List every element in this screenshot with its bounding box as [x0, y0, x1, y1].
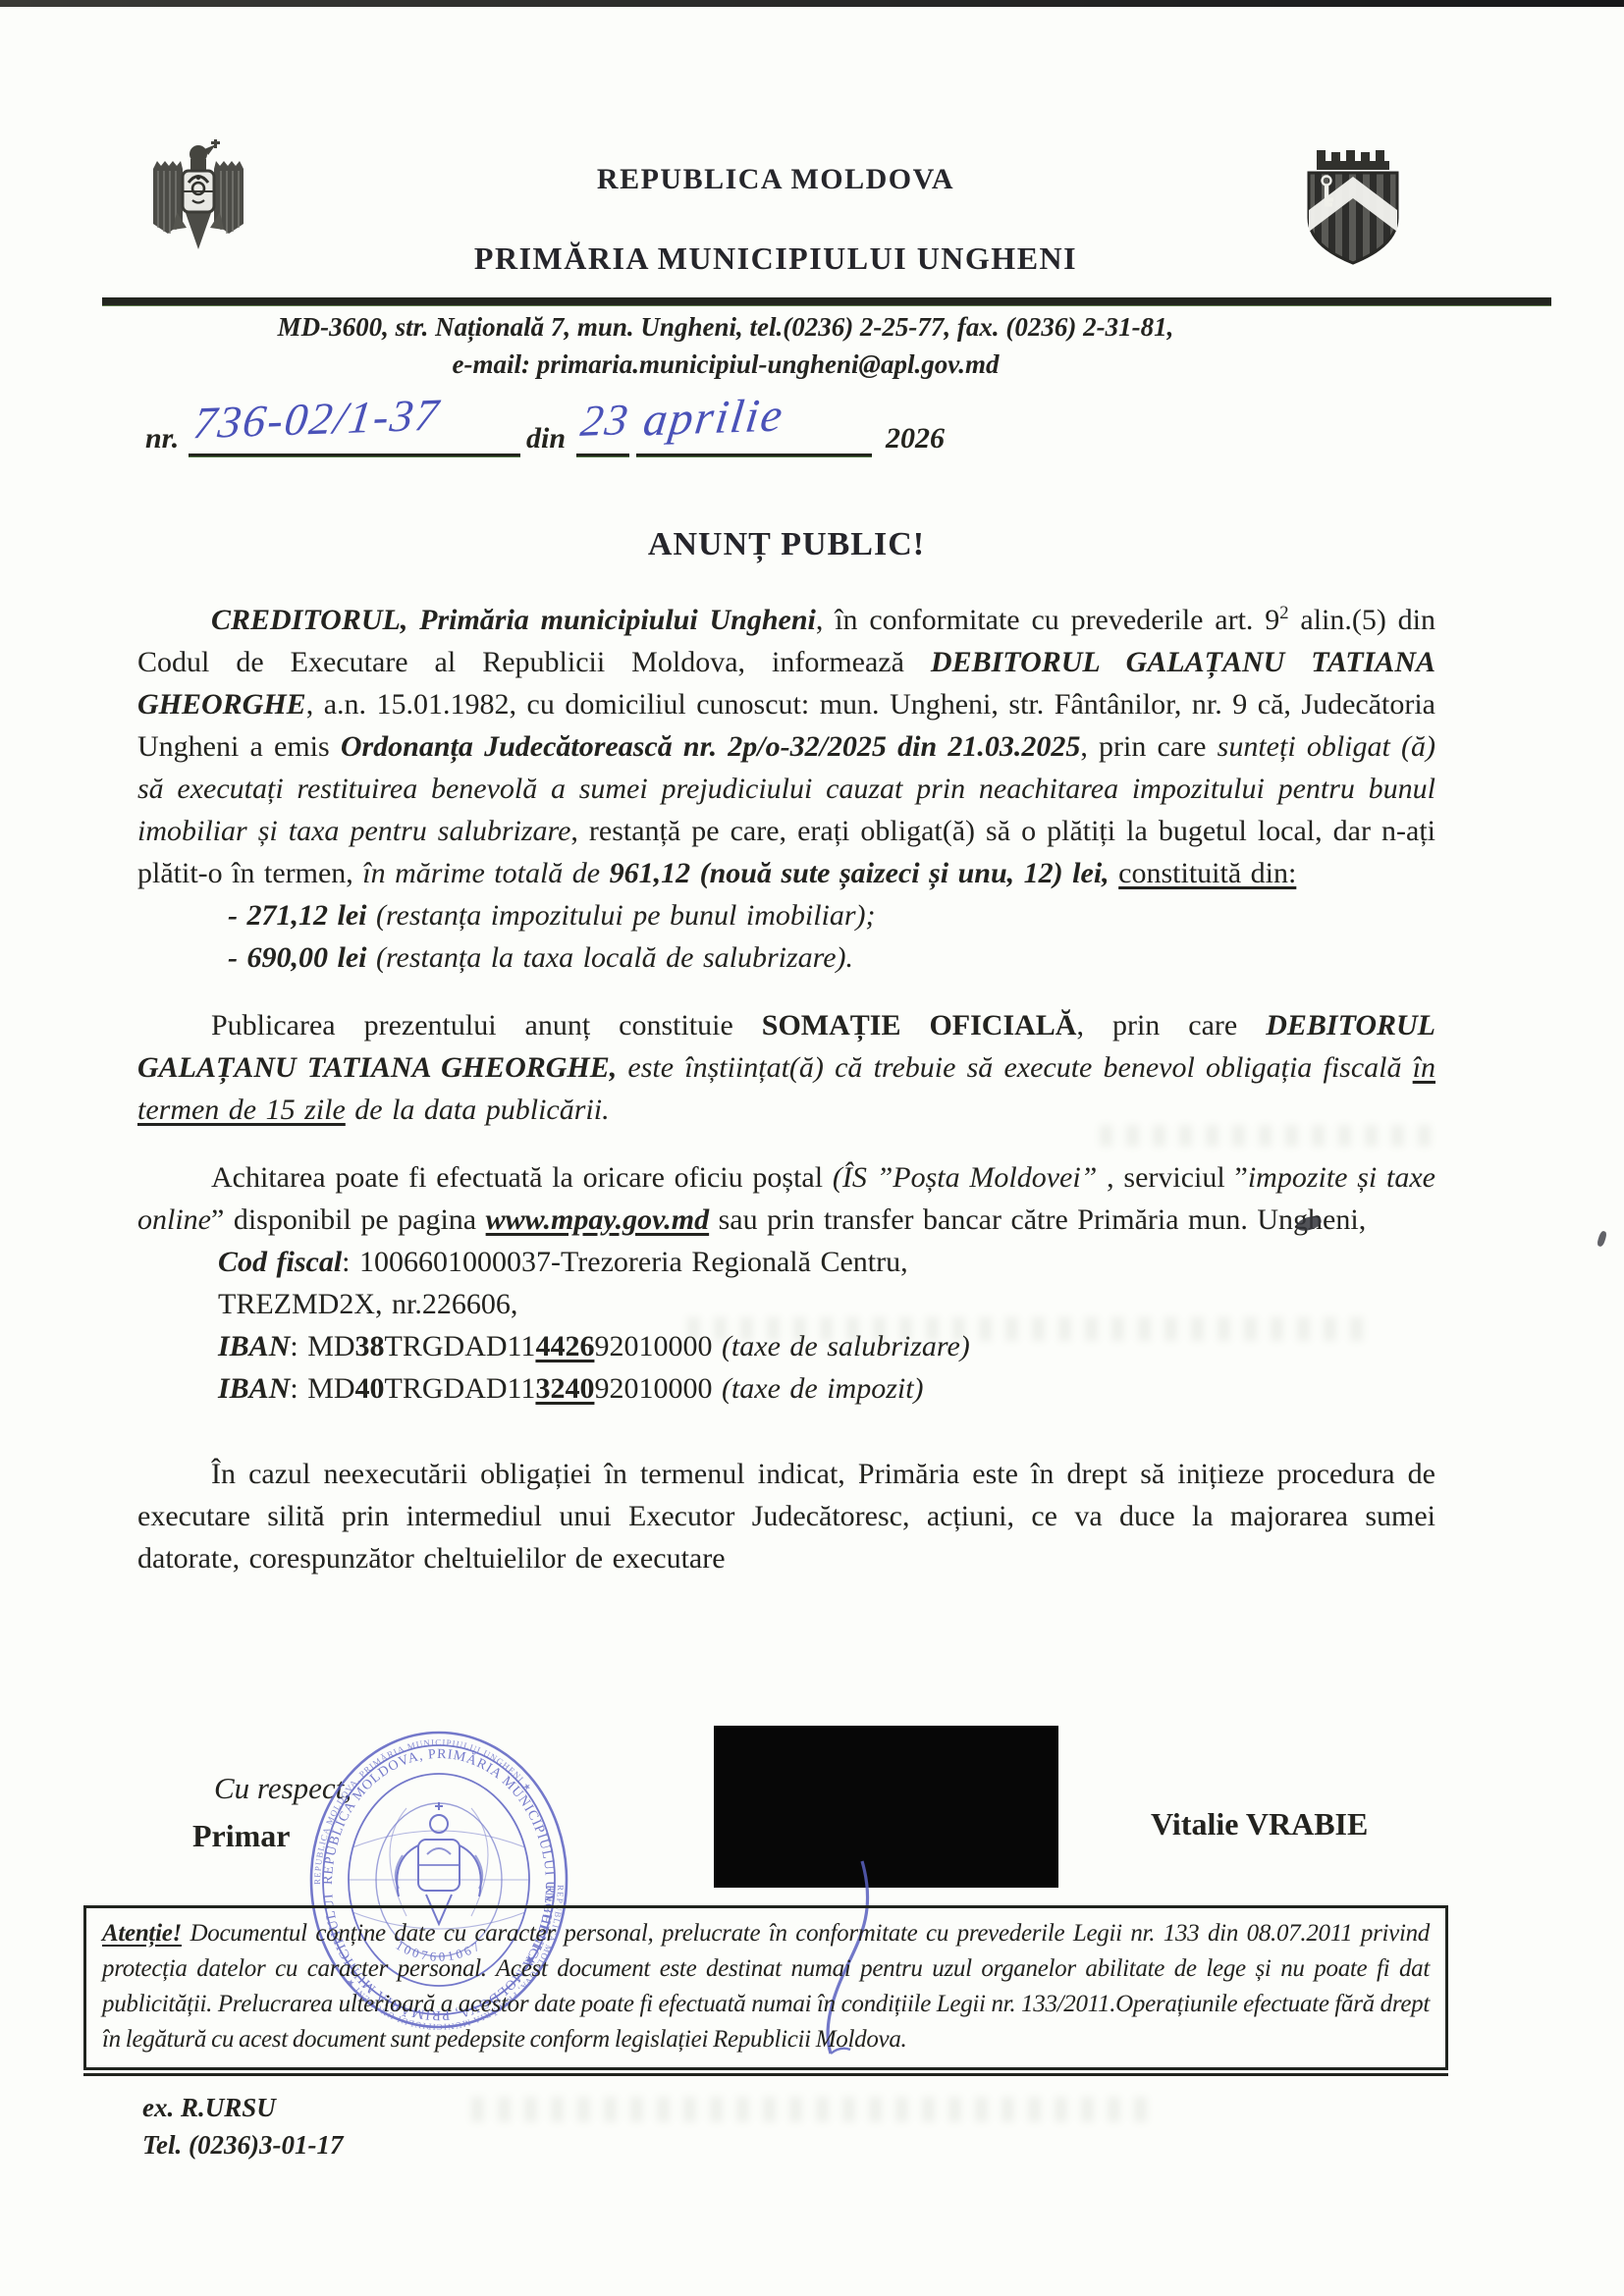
document-title: ANUNȚ PUBLIC!	[137, 526, 1435, 563]
letterhead: REPUBLICA MOLDOVA PRIMĂRIA MUNICIPIULUI …	[255, 163, 1296, 277]
institution-name: PRIMĂRIA MUNICIPIULUI UNGHENI	[255, 240, 1296, 277]
paragraph-enforcement: În cazul neexecutării obligației în term…	[137, 1453, 1435, 1579]
paragraph-somatie: Publicarea prezentului anunț constituie …	[137, 1004, 1435, 1131]
letterhead-divider-rule	[102, 297, 1551, 305]
paragraph-payment: Achitarea poate fi efectuată la oricare …	[137, 1156, 1435, 1241]
executor-phone: Tel. (0236)3-01-17	[142, 2130, 343, 2161]
handwritten-reference-number: 736-02/1-37	[190, 389, 443, 450]
signer-role: Primar	[192, 1818, 291, 1854]
bank-line-cod-fiscal: Cod fiscal: 1006601000037-Trezoreria Reg…	[137, 1241, 1435, 1283]
debt-item: - 271,12 lei (restanța impozitului pe bu…	[137, 894, 1435, 936]
reference-underline	[189, 454, 520, 456]
ungheni-coat-of-arms-icon	[1301, 145, 1405, 269]
personal-data-disclaimer: Atenție! Documentul conține date cu cara…	[83, 1905, 1448, 2070]
bleed-through-smudge	[1100, 1125, 1443, 1147]
paragraph-creditor: CREDITORUL, Primăria municipiului Unghen…	[137, 599, 1435, 894]
executor-reference: ex. R.URSU	[142, 2093, 276, 2123]
reference-line: nr. 736-02/1-37 din 23 aprilie 2026	[137, 397, 1129, 485]
letterhead-address: MD-3600, str. Națională 7, mun. Ungheni,…	[102, 312, 1349, 380]
scan-edge-strip	[0, 0, 1624, 7]
month-underline	[636, 454, 872, 456]
scanned-official-letter: REPUBLICA MOLDOVA PRIMĂRIA MUNICIPIULUI …	[0, 0, 1624, 2296]
signer-name: Vitalie VRABIE	[1151, 1806, 1368, 1842]
handwritten-month: aprilie	[640, 389, 786, 448]
handwritten-day: 23	[578, 394, 633, 447]
bleed-through-smudge	[687, 1317, 1365, 1341]
ink-speck-artifact	[1597, 1230, 1608, 1247]
document-body: CREDITORUL, Primăria municipiului Unghen…	[137, 599, 1435, 1579]
disclaimer-underline	[83, 2073, 1448, 2076]
bank-line-iban-impozit: IBAN: MD40TRGDAD11324092010000 (taxe de …	[137, 1367, 1435, 1410]
moldova-coat-of-arms-icon	[147, 137, 249, 263]
year-label: 2026	[886, 422, 945, 455]
country-name: REPUBLICA MOLDOVA	[255, 163, 1296, 196]
address-line: MD-3600, str. Națională 7, mun. Ungheni,…	[102, 312, 1349, 343]
email-line: e-mail: primaria.municipiul-ungheni@apl.…	[102, 349, 1349, 380]
din-label: din	[526, 422, 566, 455]
bleed-through-smudge	[471, 2097, 1159, 2122]
nr-label: nr.	[145, 422, 179, 455]
debt-item: - 690,00 lei (restanța la taxa locală de…	[137, 936, 1435, 979]
day-underline	[576, 454, 629, 456]
